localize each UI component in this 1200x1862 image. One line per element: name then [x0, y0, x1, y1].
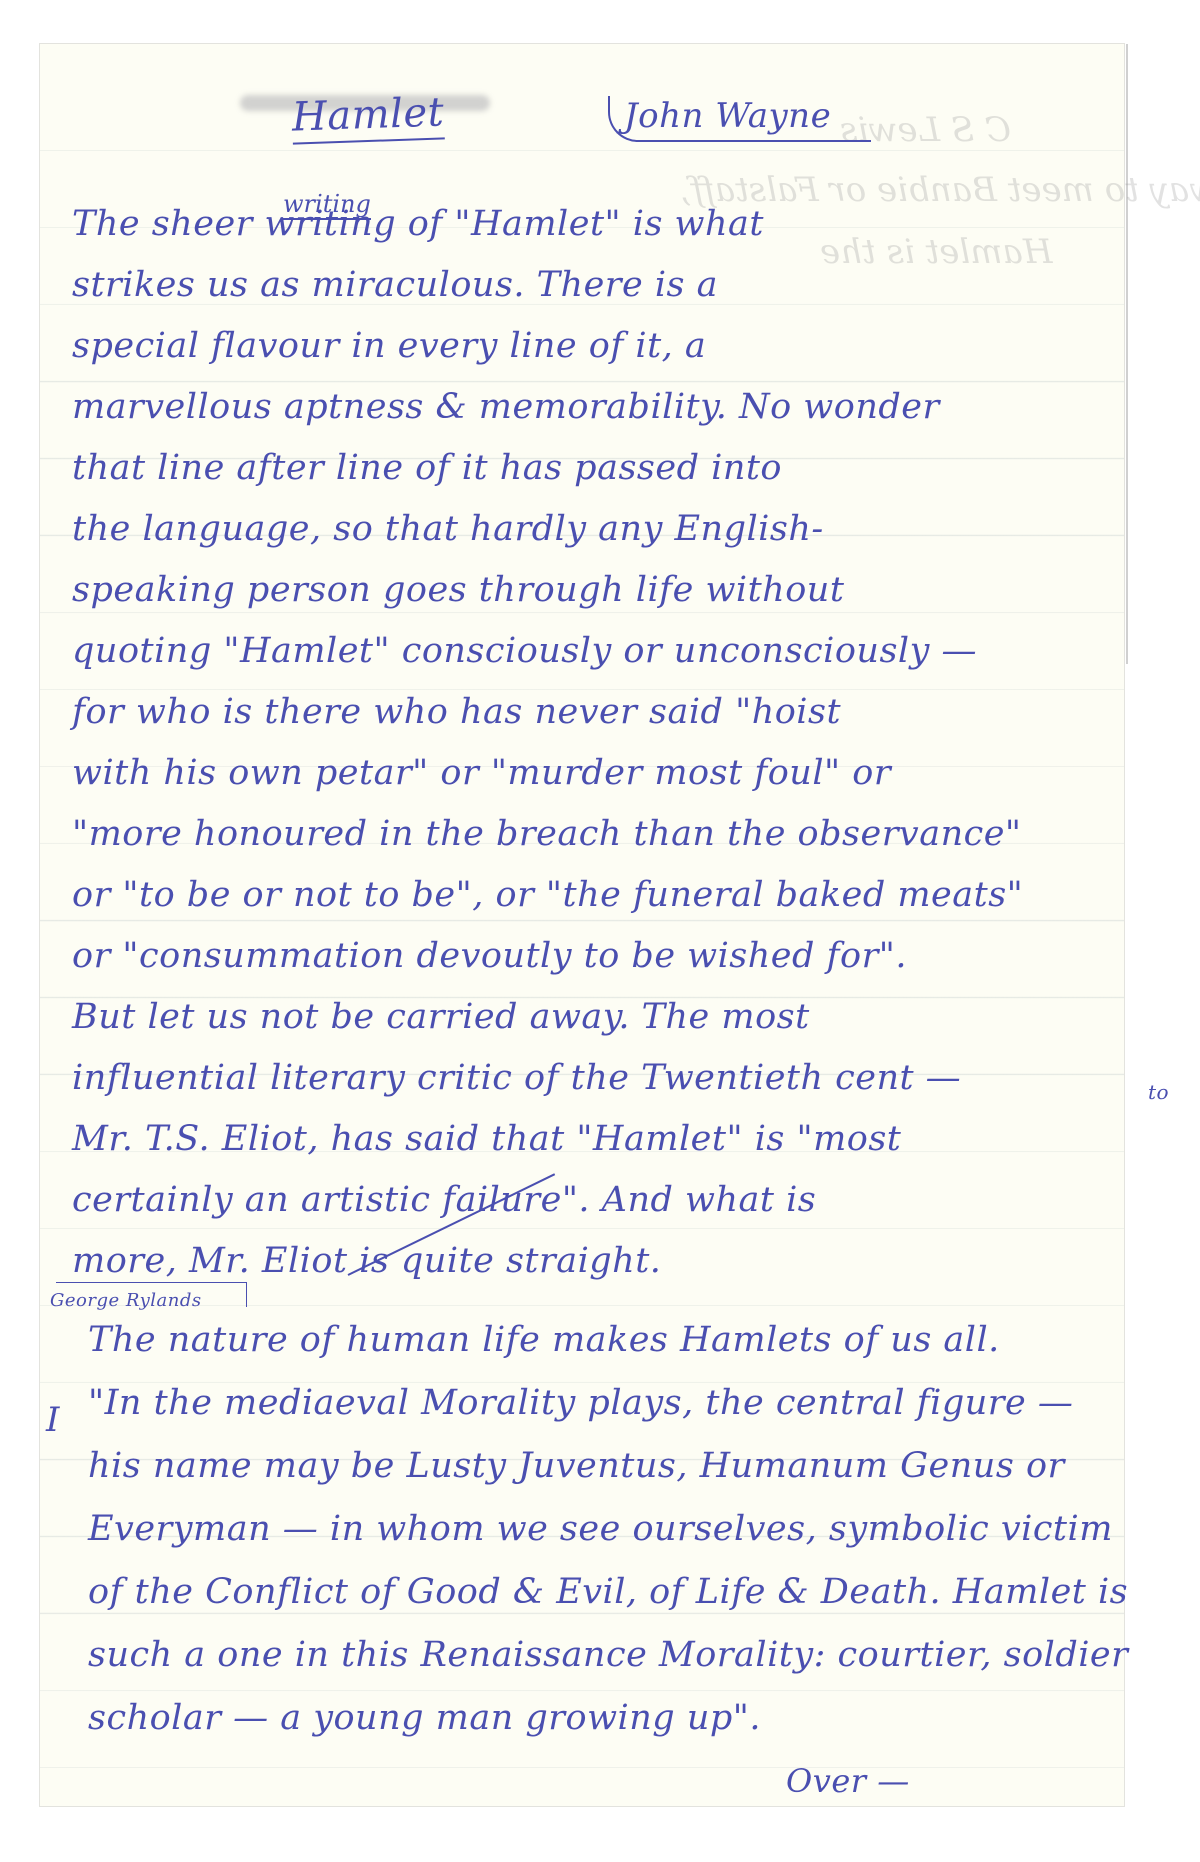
handwritten-line: "more honoured in the breach than the ob… — [72, 814, 1022, 854]
margin-note: George Rylands — [50, 1290, 202, 1311]
handwritten-line: that line after line of it has passed in… — [72, 448, 782, 488]
handwritten-line: with his own petar" or "murder most foul… — [72, 753, 891, 793]
author-name: John Wayne — [608, 96, 871, 142]
handwritten-line: the language, so that hardly any English… — [72, 509, 824, 549]
handwritten-line: such a one in this Renaissance Morality:… — [88, 1635, 1128, 1675]
handwritten-line: Everyman — in whom we see ourselves, sym… — [88, 1509, 1113, 1549]
document-title: Hamlet — [291, 89, 445, 144]
handwritten-line: his name may be Lusty Juventus, Humanum … — [88, 1446, 1065, 1486]
handwritten-line: for who is there who has never said "hoi… — [72, 692, 841, 732]
handwritten-line: quoting "Hamlet" consciously or unconsci… — [72, 631, 977, 671]
handwritten-line: influential literary critic of the Twent… — [72, 1058, 961, 1098]
handwritten-line: of the Conflict of Good & Evil, of Life … — [88, 1572, 1128, 1612]
handwritten-line: The nature of human life makes Hamlets o… — [88, 1320, 1000, 1360]
handwritten-line: or "to be or not to be", or "the funeral… — [72, 875, 1023, 915]
handwritten-line: special flavour in every line of it, a — [72, 326, 706, 366]
bleed-through-line: Hamlet is the — [820, 232, 1052, 272]
handwritten-line: Mr. T.S. Eliot, has said that "Hamlet" i… — [72, 1119, 901, 1159]
handwritten-line: strikes us as miraculous. There is a — [72, 265, 718, 305]
handwritten-line: But let us not be carried away. The most — [72, 997, 810, 1037]
insertion-mark: to — [1148, 1080, 1169, 1104]
handwritten-line: more, Mr. Eliot is quite straight. — [72, 1241, 661, 1281]
handwritten-line: certainly an artistic failure". And what… — [72, 1180, 816, 1220]
handwritten-line: marvellous aptness & memorability. No wo… — [72, 387, 940, 427]
handwritten-line: The sheer writing of "Hamlet" is what — [72, 204, 764, 244]
handwritten-line: "In the mediaeval Morality plays, the ce… — [88, 1383, 1073, 1423]
handwritten-line: scholar — a young man growing up". — [88, 1698, 761, 1738]
margin-marker: I — [46, 1400, 60, 1440]
handwritten-line: or "consummation devoutly to be wished f… — [72, 936, 907, 976]
handwritten-line: speaking person goes through life withou… — [72, 570, 844, 610]
over-note: Over — — [786, 1762, 910, 1800]
